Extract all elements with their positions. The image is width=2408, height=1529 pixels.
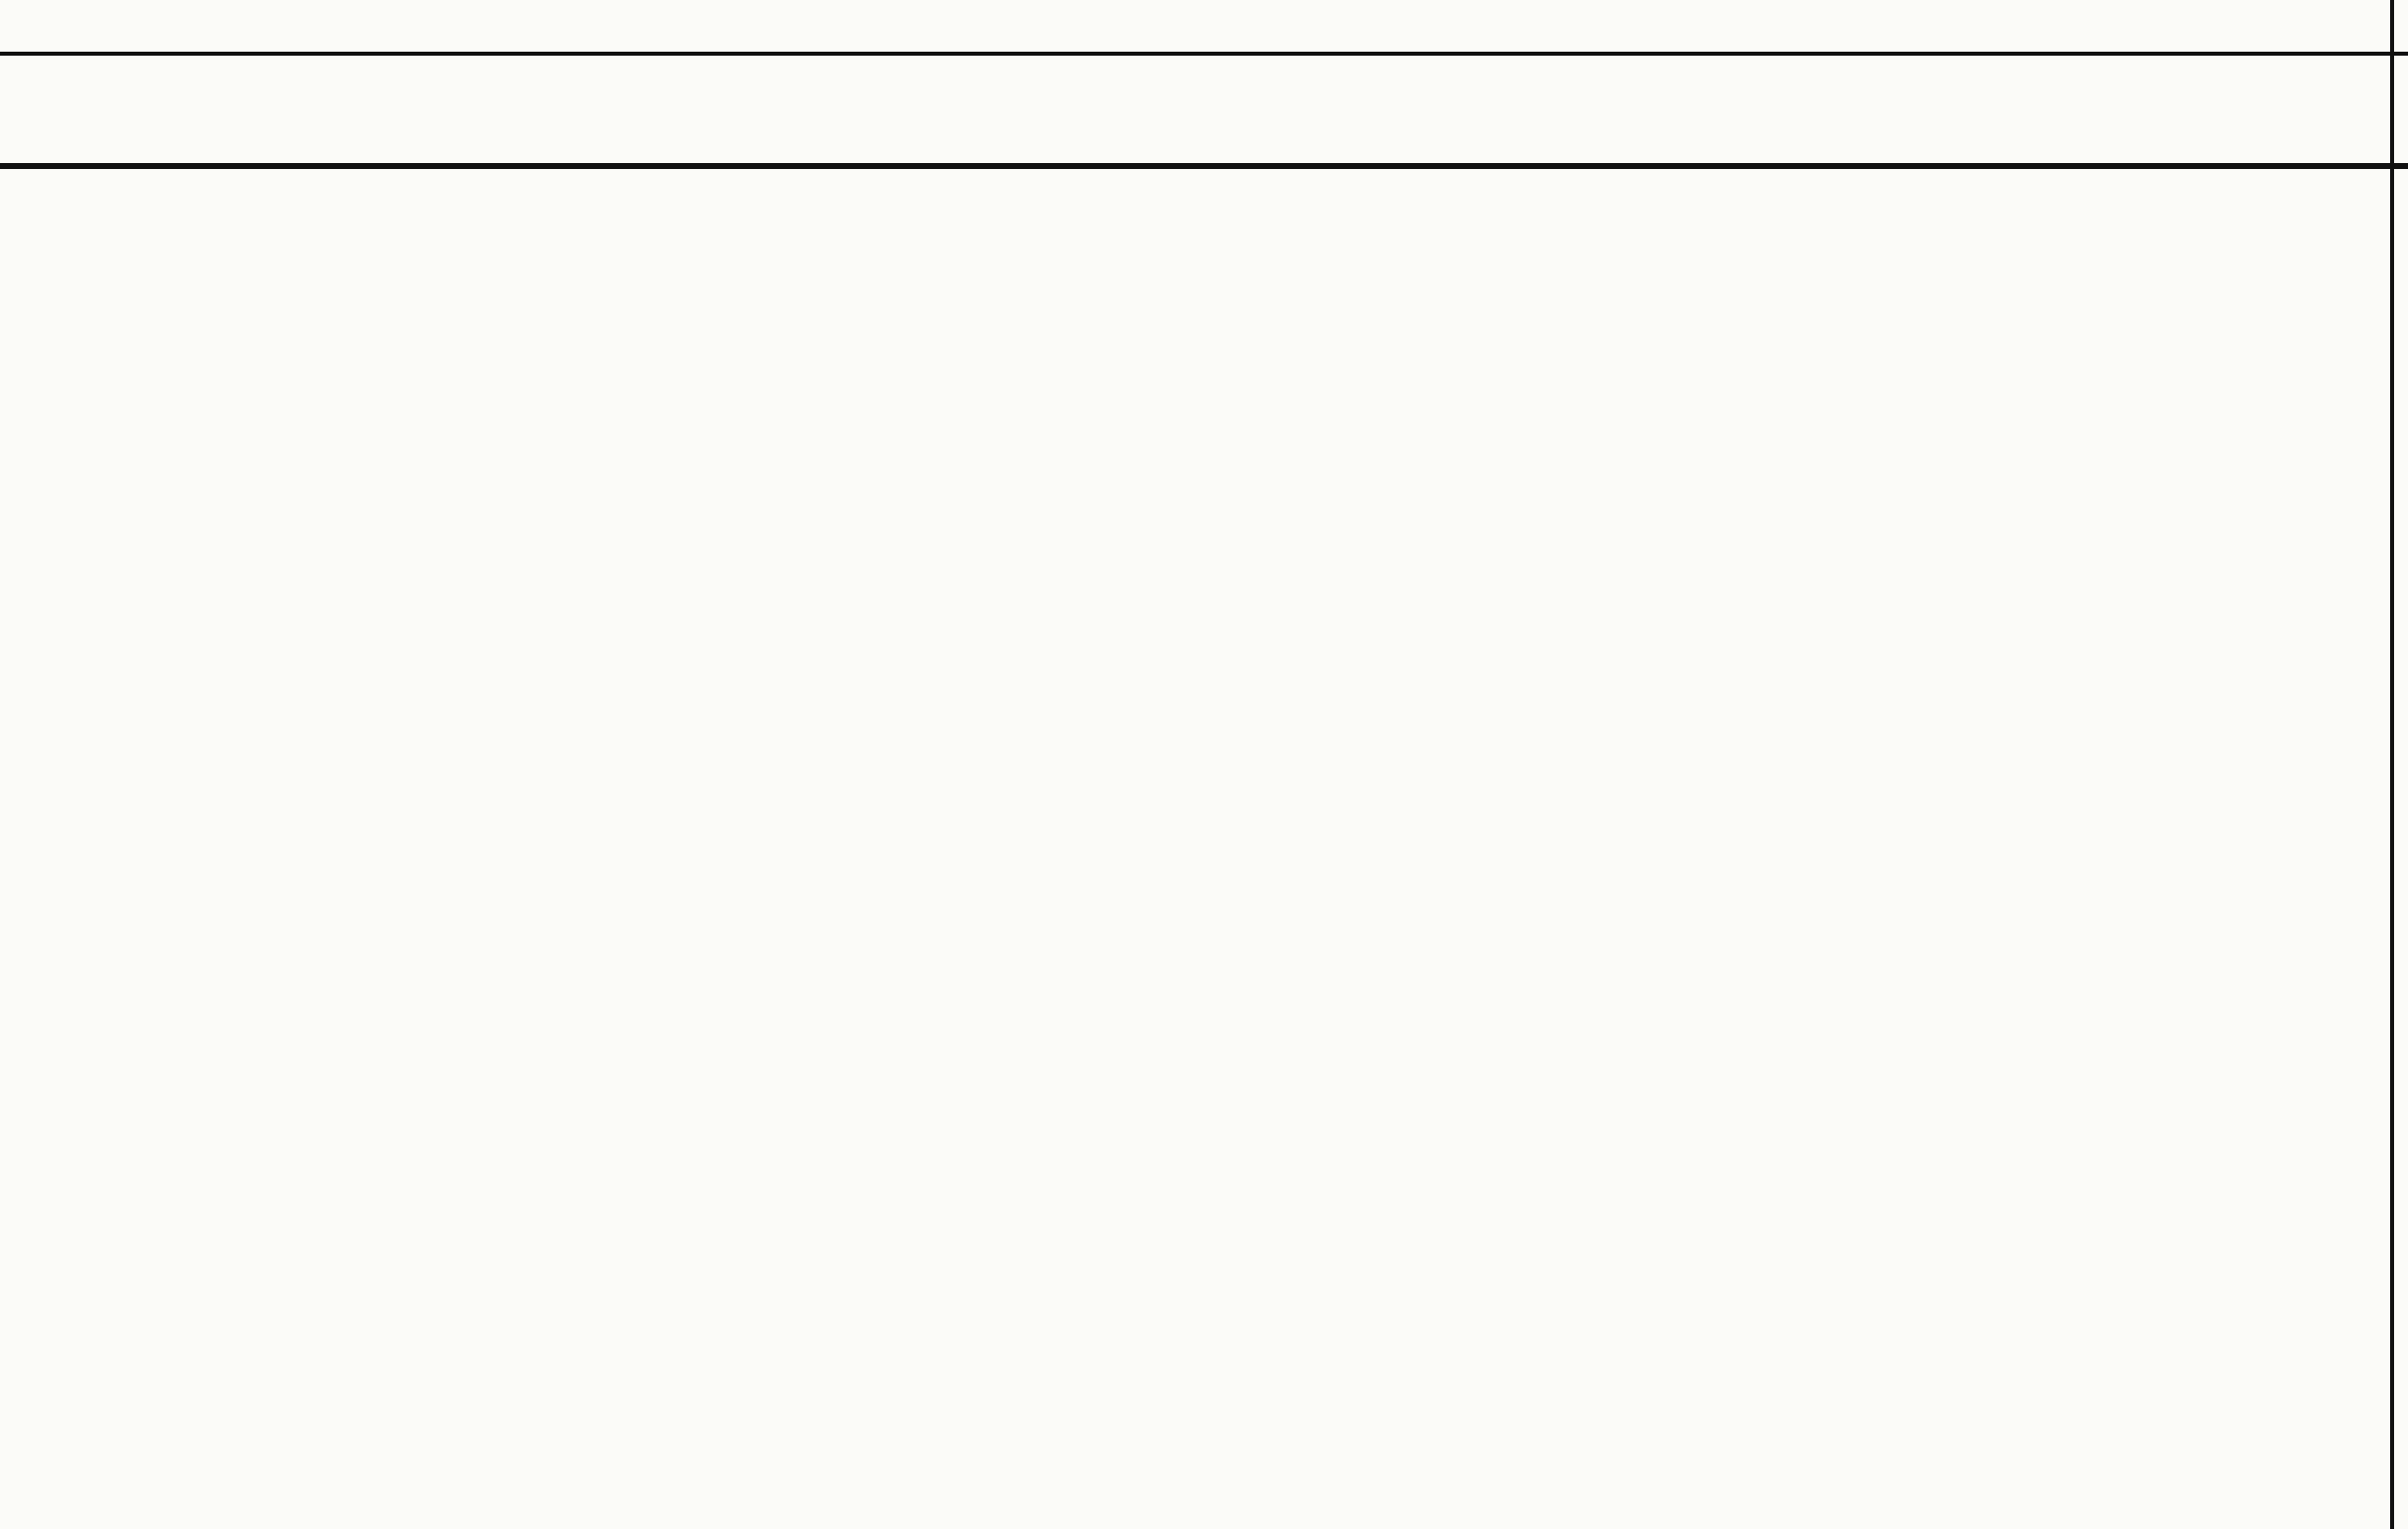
boundary-top-rule (0, 52, 2408, 56)
right-border (2390, 0, 2394, 1529)
boundary-bottom-rule (0, 163, 2408, 169)
